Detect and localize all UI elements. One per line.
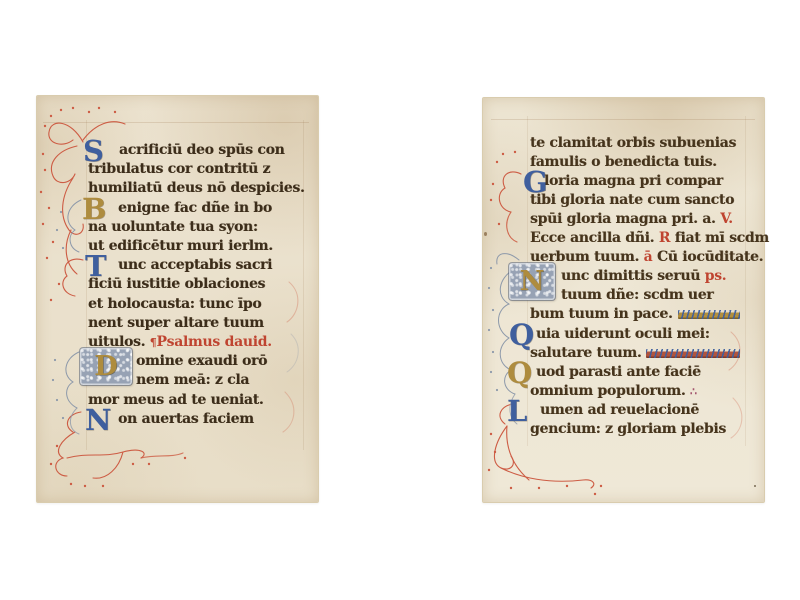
rubric-segment: Psalmus dauid.	[156, 334, 271, 350]
manuscript-text-line: enigne fac dñe in bo	[118, 199, 272, 218]
manuscript-text-line: umen ad reuelacionē	[540, 401, 699, 420]
illuminated-initial-Q: Q	[507, 359, 532, 388]
manuscript-left-page: acrificiū deo spūs contribulatus cor con…	[36, 95, 319, 503]
latin-text-segment: Ecce ancilla dñi.	[530, 230, 659, 246]
manuscript-text-line: loria magna pri compar	[544, 172, 723, 191]
illuminated-initial-S: S	[83, 137, 104, 166]
latin-text-segment: ficiū iustitie oblaciones	[88, 276, 265, 292]
latin-text-segment: tuum dñe: scdm uer	[561, 287, 713, 303]
latin-text-segment: humiliatū deus nō despicies.	[88, 180, 305, 196]
latin-text-segment: unc dimittis seruū	[561, 268, 705, 284]
manuscript-text-line: spūi gloria magna pri. a. V.	[530, 210, 733, 229]
line-filler-ornament	[678, 310, 740, 319]
illuminated-initial-D: D	[80, 348, 132, 385]
manuscript-text-line: na uoluntate tua syon:	[88, 218, 258, 237]
photograph-background: { "artwork": { "description_label": "ill…	[0, 0, 800, 600]
manuscript-text-line: uia uiderunt oculi mei:	[536, 325, 710, 344]
manuscript-text-line: unc acceptabis sacri	[118, 256, 272, 275]
latin-text-segment: spūi gloria magna pri. a.	[530, 211, 720, 227]
manuscript-text-line: tibi gloria nate cum sancto	[530, 191, 734, 210]
manuscript-text-line: unc dimittis seruū ps.	[561, 267, 726, 286]
latin-text-segment: salutare tuum.	[530, 345, 641, 361]
illuminated-initial-T: T	[85, 252, 107, 281]
rubric-segment: ps.	[705, 268, 727, 284]
latin-text-segment: nent super altare tuum	[88, 315, 264, 331]
rubric-segment: R	[659, 230, 675, 246]
manuscript-text-line: salutare tuum.	[530, 344, 740, 363]
manuscript-text-line: uod parasti ante faciē	[536, 363, 701, 382]
latin-text-segment: omine exaudi orō	[136, 353, 267, 369]
latin-text-segment: nem meā: z cla	[136, 372, 249, 388]
manuscript-text-line: et holocausta: tunc īpo	[88, 295, 261, 314]
initial-letter: N	[520, 268, 545, 295]
illuminated-initial-L: L	[507, 397, 527, 426]
rubric-segment: ā	[644, 249, 657, 265]
latin-text-segment: Cū iocūditate.	[657, 249, 763, 265]
manuscript-text-line: gencium: z gloriam plebis	[530, 420, 726, 439]
latin-text-segment: omnium populorum.	[530, 383, 690, 399]
manuscript-text-line: on auertas faciem	[118, 410, 254, 429]
manuscript-text-line: bum tuum in pace.	[530, 305, 740, 324]
latin-text-segment: et holocausta: tunc īpo	[88, 296, 261, 312]
latin-text-segment: tribulatus cor contritū z	[88, 161, 270, 177]
latin-text-segment: loria magna pri compar	[544, 173, 723, 189]
latin-text-segment: acrificiū deo spūs con	[119, 142, 284, 158]
latin-text-segment: te clamitat orbis subuenias	[530, 135, 736, 151]
manuscript-text-line: nem meā: z cla	[136, 371, 249, 390]
manuscript-text-line: Ecce ancilla dñi. R fiat mī scdm	[530, 229, 769, 248]
manuscript-text-line: acrificiū deo spūs con	[119, 141, 284, 160]
initial-letter: D	[94, 353, 117, 380]
manuscript-text-line: te clamitat orbis subuenias	[530, 134, 736, 153]
latin-text-segment: fiat mī scdm	[675, 230, 769, 246]
manuscript-text-line: ut edificētur muri ierlm.	[88, 237, 273, 256]
latin-text-segment: tibi gloria nate cum sancto	[530, 192, 734, 208]
manuscript-text-line: nent super altare tuum	[88, 314, 264, 333]
manuscript-text-line: humiliatū deus nō despicies.	[88, 179, 305, 198]
illuminated-initial-G: G	[523, 168, 548, 197]
illuminated-initial-N: N	[85, 406, 112, 435]
manuscript-text-line: uerbum tuum. ā Cū iocūditate.	[530, 248, 763, 267]
latin-text-segment: mor meus ad te ueniat.	[88, 392, 263, 408]
latin-text-segment: ut edificētur muri ierlm.	[88, 238, 273, 254]
manuscript-text-line: ficiū iustitie oblaciones	[88, 275, 265, 294]
latin-text-segment: na uoluntate tua syon:	[88, 219, 258, 235]
floral-line-end-ornament: ∴	[690, 385, 697, 398]
latin-text-segment: enigne fac dñe in bo	[118, 200, 272, 216]
manuscript-text-line: omine exaudi orō	[136, 352, 267, 371]
right-page-textblock: te clamitat orbis subueniasfamulis o ben…	[483, 98, 764, 502]
illuminated-initial-N: N	[509, 263, 555, 300]
manuscript-text-line: mor meus ad te ueniat.	[88, 391, 263, 410]
rubric-segment: V.	[720, 211, 733, 227]
latin-text-segment: bum tuum in pace.	[530, 306, 673, 322]
manuscript-right-page: te clamitat orbis subueniasfamulis o ben…	[482, 97, 765, 503]
latin-text-segment: famulis o benedicta tuis.	[530, 154, 717, 170]
line-filler-ornament	[646, 349, 740, 358]
latin-text-segment: uod parasti ante faciē	[536, 364, 701, 380]
manuscript-text-line: tuum dñe: scdm uer	[561, 286, 713, 305]
latin-text-segment: gencium: z gloriam plebis	[530, 421, 726, 437]
latin-text-segment: unc acceptabis sacri	[118, 257, 272, 273]
latin-text-segment: on auertas faciem	[118, 411, 254, 427]
latin-text-segment: uia uiderunt oculi mei:	[536, 326, 710, 342]
illuminated-initial-Q: Q	[509, 321, 534, 350]
manuscript-text-line: famulis o benedicta tuis.	[530, 153, 717, 172]
left-page-textblock: acrificiū deo spūs contribulatus cor con…	[37, 96, 318, 502]
illuminated-initial-B: B	[82, 195, 107, 224]
manuscript-text-line: omnium populorum. ∴	[530, 382, 697, 401]
manuscript-text-line: tribulatus cor contritū z	[88, 160, 270, 179]
latin-text-segment: umen ad reuelacionē	[540, 402, 699, 418]
